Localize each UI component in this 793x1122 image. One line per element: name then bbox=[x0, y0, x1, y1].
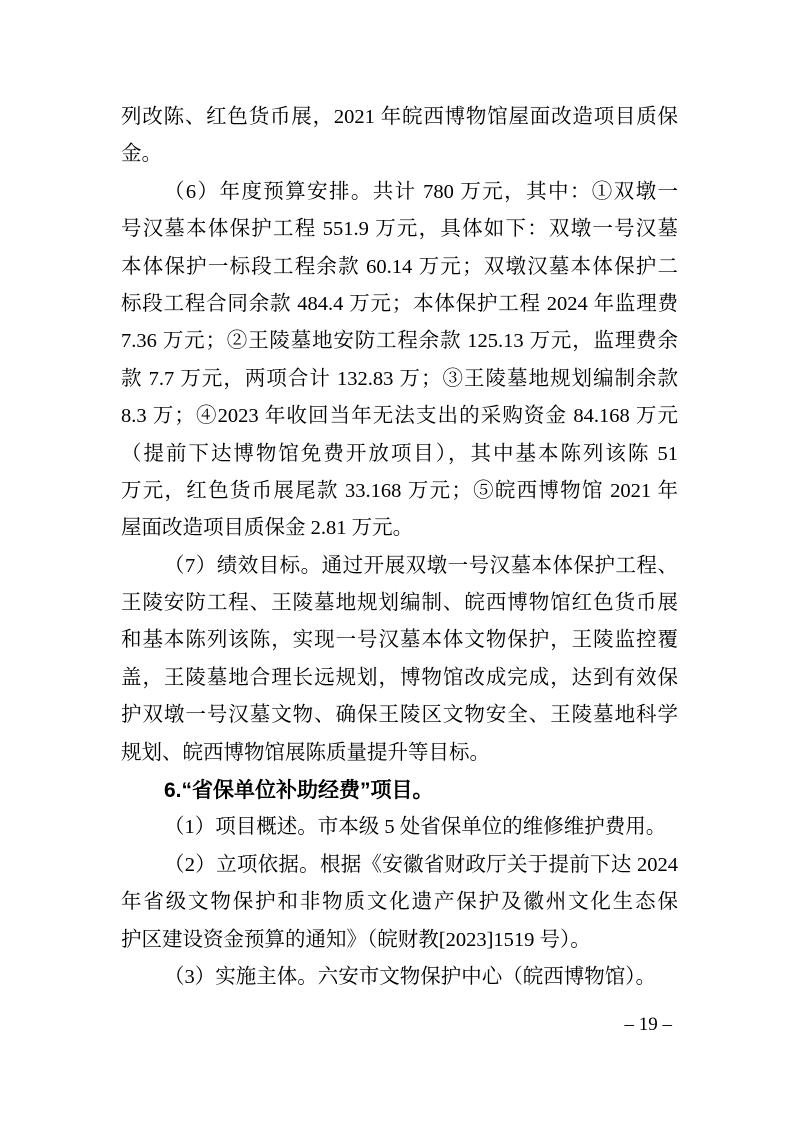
body-line: 本体保护一标段工程余款 60.14 万元；双墩汉墓本体保护二 bbox=[121, 249, 678, 286]
body-line: 款 7.7 万元，两项合计 132.83 万；③王陵墓地规划编制余款 bbox=[121, 361, 678, 398]
body-line: （3）实施主体。六安市文物保护中心（皖西博物馆）。 bbox=[121, 959, 678, 996]
body-line: 屋面改造项目质保金 2.81 万元。 bbox=[121, 510, 678, 547]
body-line: （6）年度预算安排。共计 780 万元，其中：①双墩一 bbox=[121, 174, 678, 211]
body-line: （1）项目概述。市本级 5 处省保单位的维修维护费用。 bbox=[121, 809, 678, 846]
document-body: 列改陈、红色货币展，2021 年皖西博物馆屋面改造项目质保 金。 （6）年度预算… bbox=[121, 99, 678, 996]
body-line: 万元，红色货币展尾款 33.168 万元；⑤皖西博物馆 2021 年 bbox=[121, 473, 678, 510]
body-line: 盖，王陵墓地合理长远规划，博物馆改成完成，达到有效保 bbox=[121, 660, 678, 697]
body-line: 王陵安防工程、王陵墓地规划编制、皖西博物馆红色货币展 bbox=[121, 585, 678, 622]
body-line: 8.3 万；④2023 年收回当年无法支出的采购资金 84.168 万元 bbox=[121, 398, 678, 435]
body-line: 规划、皖西博物馆展陈质量提升等目标。 bbox=[121, 735, 678, 772]
body-line: 护区建设资金预算的通知》（皖财教[2023]1519 号）。 bbox=[121, 922, 678, 959]
body-line: （2）立项依据。根据《安徽省财政厅关于提前下达 2024 bbox=[121, 847, 678, 884]
body-line: （7）绩效目标。通过开展双墩一号汉墓本体保护工程、 bbox=[121, 548, 678, 585]
body-line: 列改陈、红色货币展，2021 年皖西博物馆屋面改造项目质保 bbox=[121, 99, 678, 136]
page-number: – 19 – bbox=[121, 1014, 678, 1036]
document-page: 列改陈、红色货币展，2021 年皖西博物馆屋面改造项目质保 金。 （6）年度预算… bbox=[0, 0, 793, 1122]
body-line: 标段工程合同余款 484.4 万元；本体保护工程 2024 年监理费 bbox=[121, 286, 678, 323]
body-line: （提前下达博物馆免费开放项目），其中基本陈列该陈 51 bbox=[121, 436, 678, 473]
section-heading: 6.“省保单位补助经费”项目。 bbox=[121, 772, 678, 809]
body-line: 7.36 万元；②王陵墓地安防工程余款 125.13 万元，监理费余 bbox=[121, 323, 678, 360]
body-line: 年省级文物保护和非物质文化遗产保护及徽州文化生态保 bbox=[121, 884, 678, 921]
body-line: 和基本陈列该陈，实现一号汉墓本体文物保护，王陵监控覆 bbox=[121, 622, 678, 659]
body-line: 护双墩一号汉墓文物、确保王陵区文物安全、王陵墓地科学 bbox=[121, 697, 678, 734]
body-line: 金。 bbox=[121, 136, 678, 173]
body-line: 号汉墓本体保护工程 551.9 万元，具体如下：双墩一号汉墓 bbox=[121, 211, 678, 248]
